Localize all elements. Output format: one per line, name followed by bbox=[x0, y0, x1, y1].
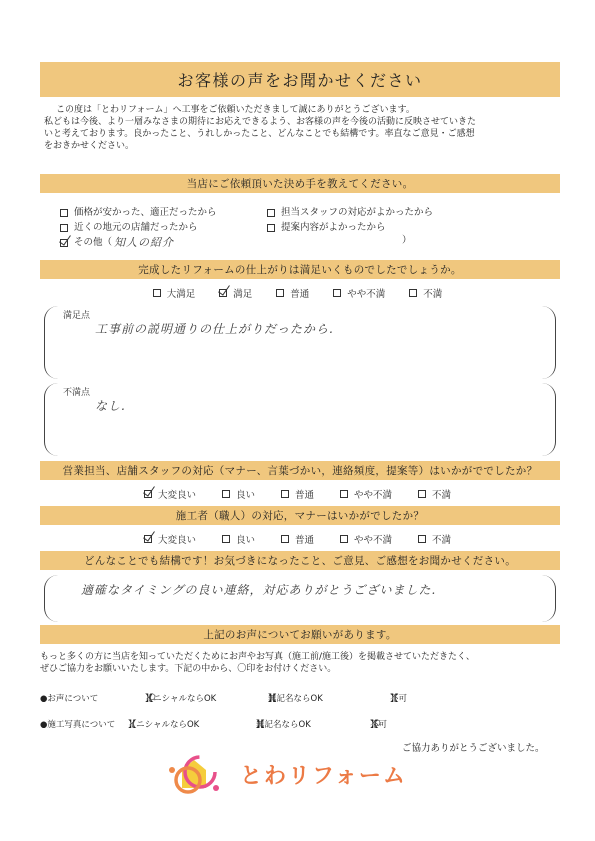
reason-options-right: 担当スタッフの対応がよかったから 提案内容がよかったから bbox=[267, 207, 527, 237]
reason-options-left: 価格が安かった、適正だったから 近くの地元の店舗だったから その他（知人の紹介 bbox=[60, 207, 260, 251]
checkbox-icon[interactable] bbox=[409, 289, 417, 297]
intro-line: をおきかせください。 bbox=[44, 140, 559, 152]
checkbox-local-store[interactable]: 近くの地元の店舗だったから bbox=[60, 222, 198, 235]
checkbox-price[interactable]: 価格が安かった、適正だったから bbox=[60, 207, 217, 220]
checkbox-proposal[interactable]: 提案内容がよかったから bbox=[267, 222, 386, 235]
checkbox-icon[interactable] bbox=[281, 490, 289, 498]
intro-line: 私どもは今後、より一層みなさまの期待にお応えできるよう、お客様の声を今後の活動に… bbox=[44, 116, 559, 128]
checkbox-icon[interactable] bbox=[418, 490, 426, 498]
checkbox-icon[interactable] bbox=[60, 224, 68, 232]
craftsman-dissatisfied[interactable]: 不満 bbox=[418, 532, 451, 546]
craftsman-good[interactable]: 良い bbox=[222, 532, 255, 546]
publish-row-label: ●施工写真について bbox=[40, 718, 115, 730]
finish-rating: 大満足 満足 普通 やや不満 不満 bbox=[0, 286, 595, 300]
rating-normal[interactable]: 普通 bbox=[276, 286, 309, 300]
publish-desc-line: もっと多くの方に当店を知っていただくためにお声やお写真（施工前/施工後）を掲載さ… bbox=[40, 651, 560, 663]
craftsman-rating: 大変良い 良い 普通 やや不満 不満 bbox=[0, 532, 595, 546]
thanks-text: ご協力ありがとうございました。 bbox=[402, 740, 545, 754]
checkbox-icon[interactable] bbox=[333, 289, 341, 297]
page-title: お客様の声をお聞かせください bbox=[40, 62, 560, 97]
intro-line: この度は「とわリフォーム」へ工事をご依頼いただきまして誠にありがとうございます。 bbox=[44, 104, 559, 116]
craftsman-very-good[interactable]: 大変良い bbox=[144, 532, 196, 546]
section-header-publish: 上記のお声についてお願いがあります。 bbox=[40, 625, 560, 644]
checked-checkbox-icon[interactable] bbox=[219, 289, 227, 297]
staff-normal[interactable]: 普通 bbox=[281, 487, 314, 501]
rating-somewhat-dissatisfied[interactable]: やや不満 bbox=[333, 286, 385, 300]
craftsman-somewhat-dissatisfied[interactable]: やや不満 bbox=[340, 532, 392, 546]
section-header-finish: 完成したリフォームの仕上がりは満足いくものでしたでしょうか。 bbox=[40, 260, 560, 279]
rating-dissatisfied[interactable]: 不満 bbox=[409, 286, 442, 300]
checkbox-icon[interactable] bbox=[222, 535, 230, 543]
staff-rating: 大変良い 良い 普通 やや不満 不満 bbox=[0, 487, 595, 501]
good-points-box[interactable]: 満足点 工事前の説明通りの仕上がりだったから. bbox=[44, 306, 556, 379]
bad-points-text[interactable]: なし. bbox=[95, 397, 126, 414]
intro-line: いと考えております。良かったこと、うれしかったこと、どんなことでも結構です。率直… bbox=[44, 128, 559, 140]
checkbox-icon[interactable] bbox=[340, 535, 348, 543]
checkbox-staff[interactable]: 担当スタッフの対応がよかったから bbox=[267, 207, 433, 220]
other-reason-text[interactable]: 知人の紹介 bbox=[114, 237, 174, 250]
comments-box[interactable]: 適確なタイミングの良い連絡，対応ありがとうございました. bbox=[44, 575, 556, 622]
checkbox-icon[interactable] bbox=[418, 535, 426, 543]
section-header-staff: 営業担当、店舗スタッフの対応（マナー、言葉づかい，連絡頻度，提案等）はいかがでで… bbox=[40, 461, 560, 480]
publish-desc-line: ぜひご協力をお願いいたします。下記の中から、〇印をお付けください。 bbox=[40, 663, 560, 675]
bad-points-box[interactable]: 不満点 なし. bbox=[44, 383, 556, 456]
checkbox-icon[interactable] bbox=[276, 289, 284, 297]
good-points-text[interactable]: 工事前の説明通りの仕上がりだったから. bbox=[95, 320, 334, 337]
staff-very-good[interactable]: 大変良い bbox=[144, 487, 196, 501]
publish-row-label: ●お声について bbox=[40, 692, 98, 704]
logo-text: とわリフォーム bbox=[240, 759, 407, 790]
checked-checkbox-icon[interactable] bbox=[144, 490, 152, 498]
checked-checkbox-icon[interactable] bbox=[144, 535, 152, 543]
checked-checkbox-icon[interactable] bbox=[60, 239, 68, 247]
comments-text[interactable]: 適確なタイミングの良い連絡，対応ありがとうございました. bbox=[81, 581, 436, 598]
bad-points-label: 不満点 bbox=[63, 385, 90, 398]
rating-very-satisfied[interactable]: 大満足 bbox=[153, 286, 196, 300]
rating-satisfied[interactable]: 満足 bbox=[219, 286, 252, 300]
good-points-label: 満足点 bbox=[63, 308, 90, 321]
staff-somewhat-dissatisfied[interactable]: やや不満 bbox=[340, 487, 392, 501]
checkbox-icon[interactable] bbox=[281, 535, 289, 543]
logo-rings-icon bbox=[168, 752, 228, 796]
checkbox-icon[interactable] bbox=[153, 289, 161, 297]
intro-text: この度は「とわリフォーム」へ工事をご依頼いただきまして誠にありがとうございます。… bbox=[44, 104, 559, 152]
checkbox-icon[interactable] bbox=[340, 490, 348, 498]
section-header-reason: 当店にご依頼頂いた決め手を教えてください。 bbox=[40, 174, 560, 193]
staff-good[interactable]: 良い bbox=[222, 487, 255, 501]
checkbox-icon[interactable] bbox=[267, 224, 275, 232]
craftsman-normal[interactable]: 普通 bbox=[281, 532, 314, 546]
section-header-comments: どんなことでも結構です！お気づきになったこと、ご意見、ご感想をお聞かせください。 bbox=[40, 551, 560, 570]
checkbox-icon[interactable] bbox=[60, 209, 68, 217]
section-header-craftsman: 施工者（職人）の対応，マナーはいかがでしたか？ bbox=[40, 506, 560, 525]
company-logo: とわリフォーム bbox=[168, 752, 408, 796]
checkbox-icon[interactable] bbox=[267, 209, 275, 217]
other-close-paren: ） bbox=[402, 232, 412, 246]
checkbox-icon[interactable] bbox=[222, 490, 230, 498]
staff-dissatisfied[interactable]: 不満 bbox=[418, 487, 451, 501]
checkbox-other[interactable]: その他（知人の紹介 bbox=[60, 237, 174, 250]
publish-description: もっと多くの方に当店を知っていただくためにお声やお写真（施工前/施工後）を掲載さ… bbox=[40, 651, 560, 675]
